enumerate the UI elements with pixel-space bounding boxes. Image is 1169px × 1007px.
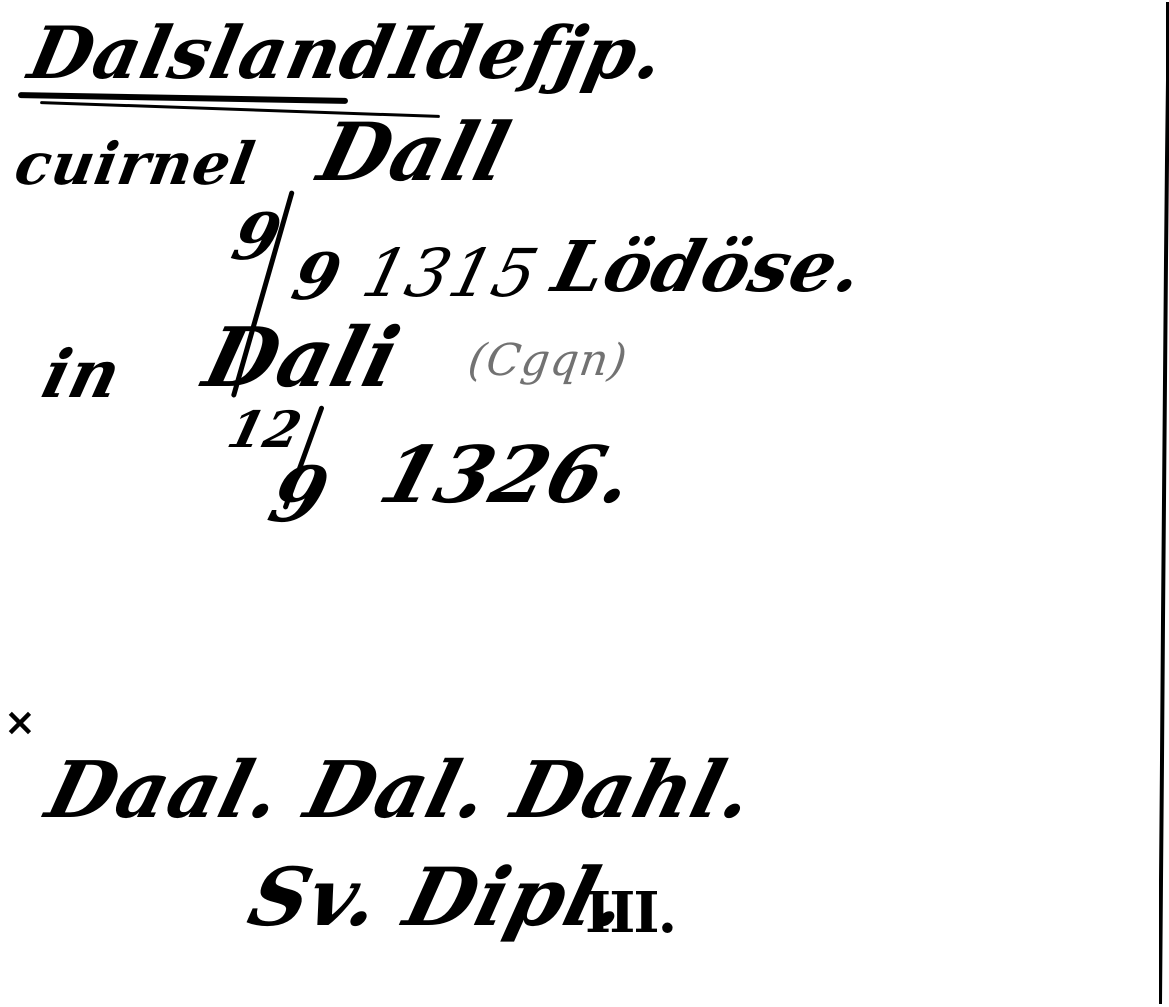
record1-month: 9 <box>285 240 349 315</box>
record1-year: 1315 <box>355 235 546 312</box>
record2-year: 1326. <box>370 430 645 521</box>
variants-text: Daal. Dal. Dahl. <box>38 745 763 836</box>
record-card: Dalsland Idefjp. cuirnel Dall 9 9 1315 L… <box>0 0 1169 1007</box>
line4-name: Dali <box>195 310 409 406</box>
reference-volume: III. <box>585 880 675 946</box>
record2-month: 9 <box>260 450 339 539</box>
heading-parish: Idefjp. <box>385 10 672 95</box>
variant-marker: × <box>4 700 36 744</box>
record1-source: Lödöse. <box>545 225 873 308</box>
line2-name: Dall <box>310 105 519 199</box>
line4-prefix: in <box>35 335 130 413</box>
heading-province: Dalsland <box>22 10 402 95</box>
reference-source: Sv. Dipl. <box>240 850 638 944</box>
line4-note: (Cgqn) <box>465 335 631 386</box>
line2-prefix: cuirnel <box>10 130 260 198</box>
card-edge-line <box>1159 0 1169 1007</box>
